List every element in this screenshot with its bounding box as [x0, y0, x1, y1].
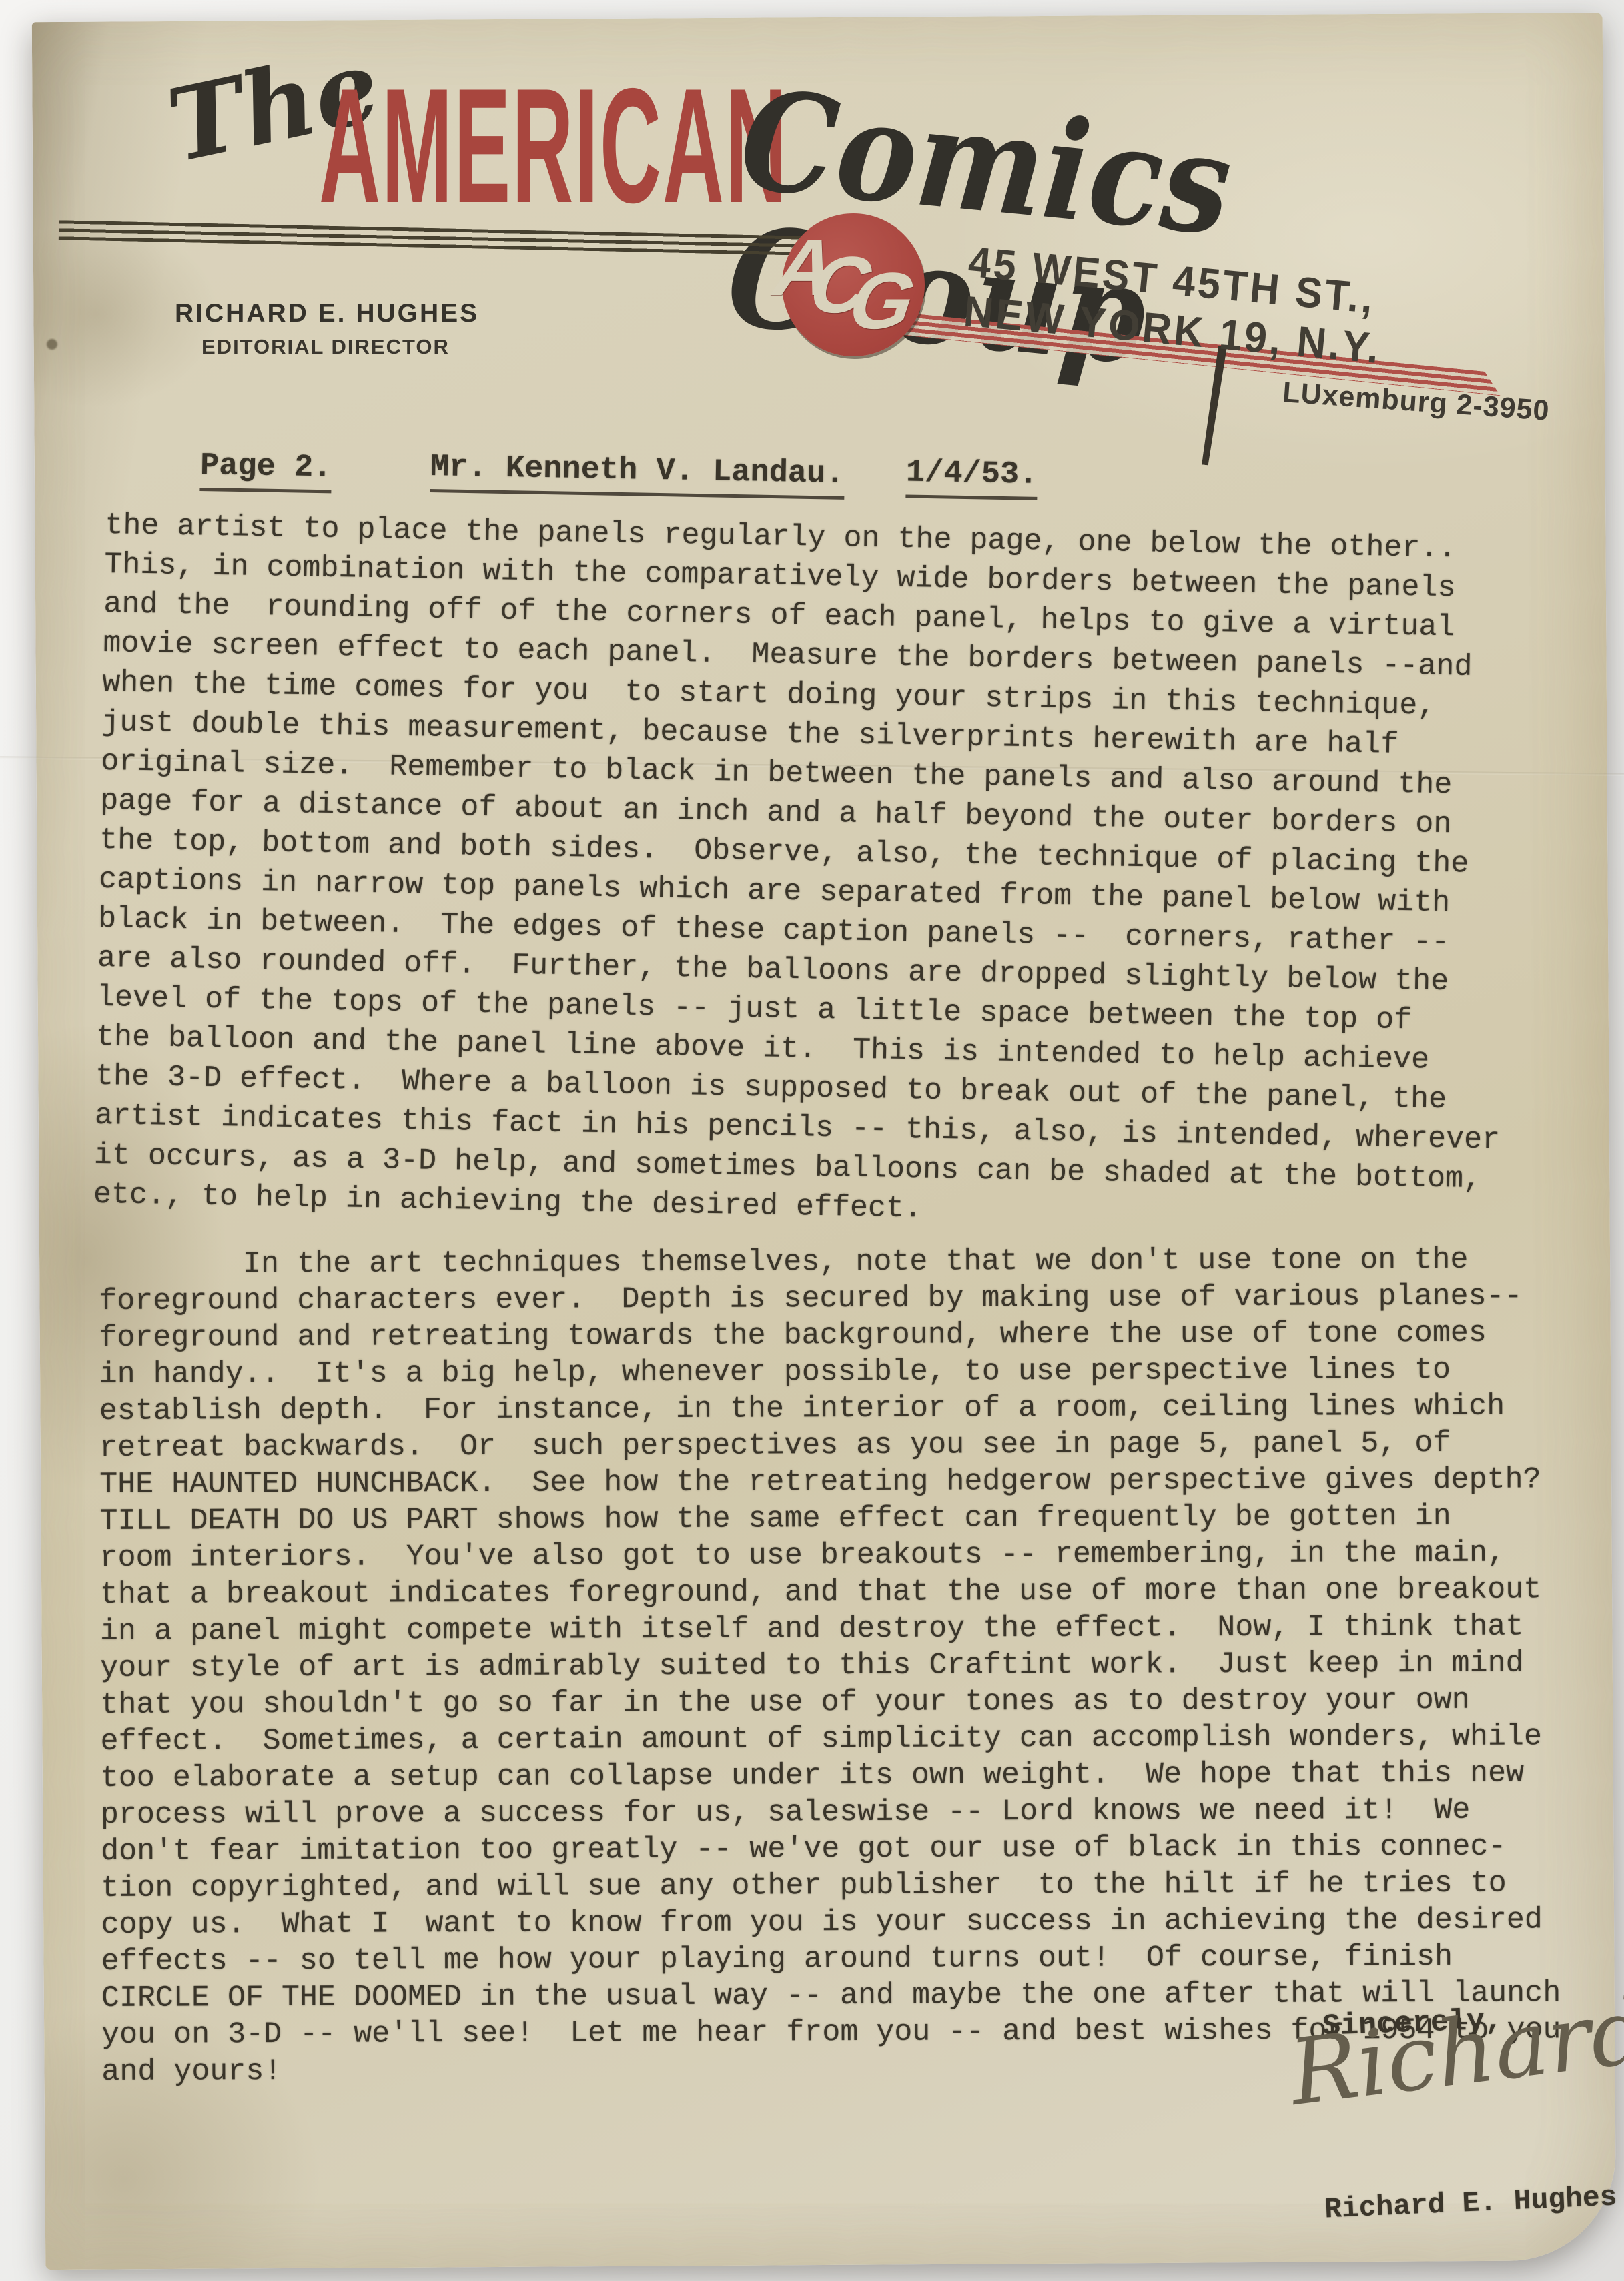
officer-title: EDITORIAL DIRECTOR	[201, 335, 450, 359]
date-label: 1/4/53.	[905, 455, 1038, 500]
recipient-label: Mr. Kenneth V. Landau.	[430, 450, 845, 500]
page-number-label: Page 2.	[199, 448, 332, 493]
body-paragraph-2: In the art techniques themselves, note t…	[99, 1241, 1561, 2090]
body-paragraph-1: the artist to place the panels regularly…	[93, 506, 1511, 1239]
scanned-letter-photo: The AMERICAN Comics Group A C G 45 WEST …	[0, 0, 1624, 2281]
officer-name: RICHARD E. HUGHES	[175, 299, 479, 328]
letterhead-american-wordmark: AMERICAN	[319, 64, 788, 227]
paper-speck-stain	[47, 339, 57, 350]
acg-monogram-logo: A C G	[782, 213, 925, 356]
